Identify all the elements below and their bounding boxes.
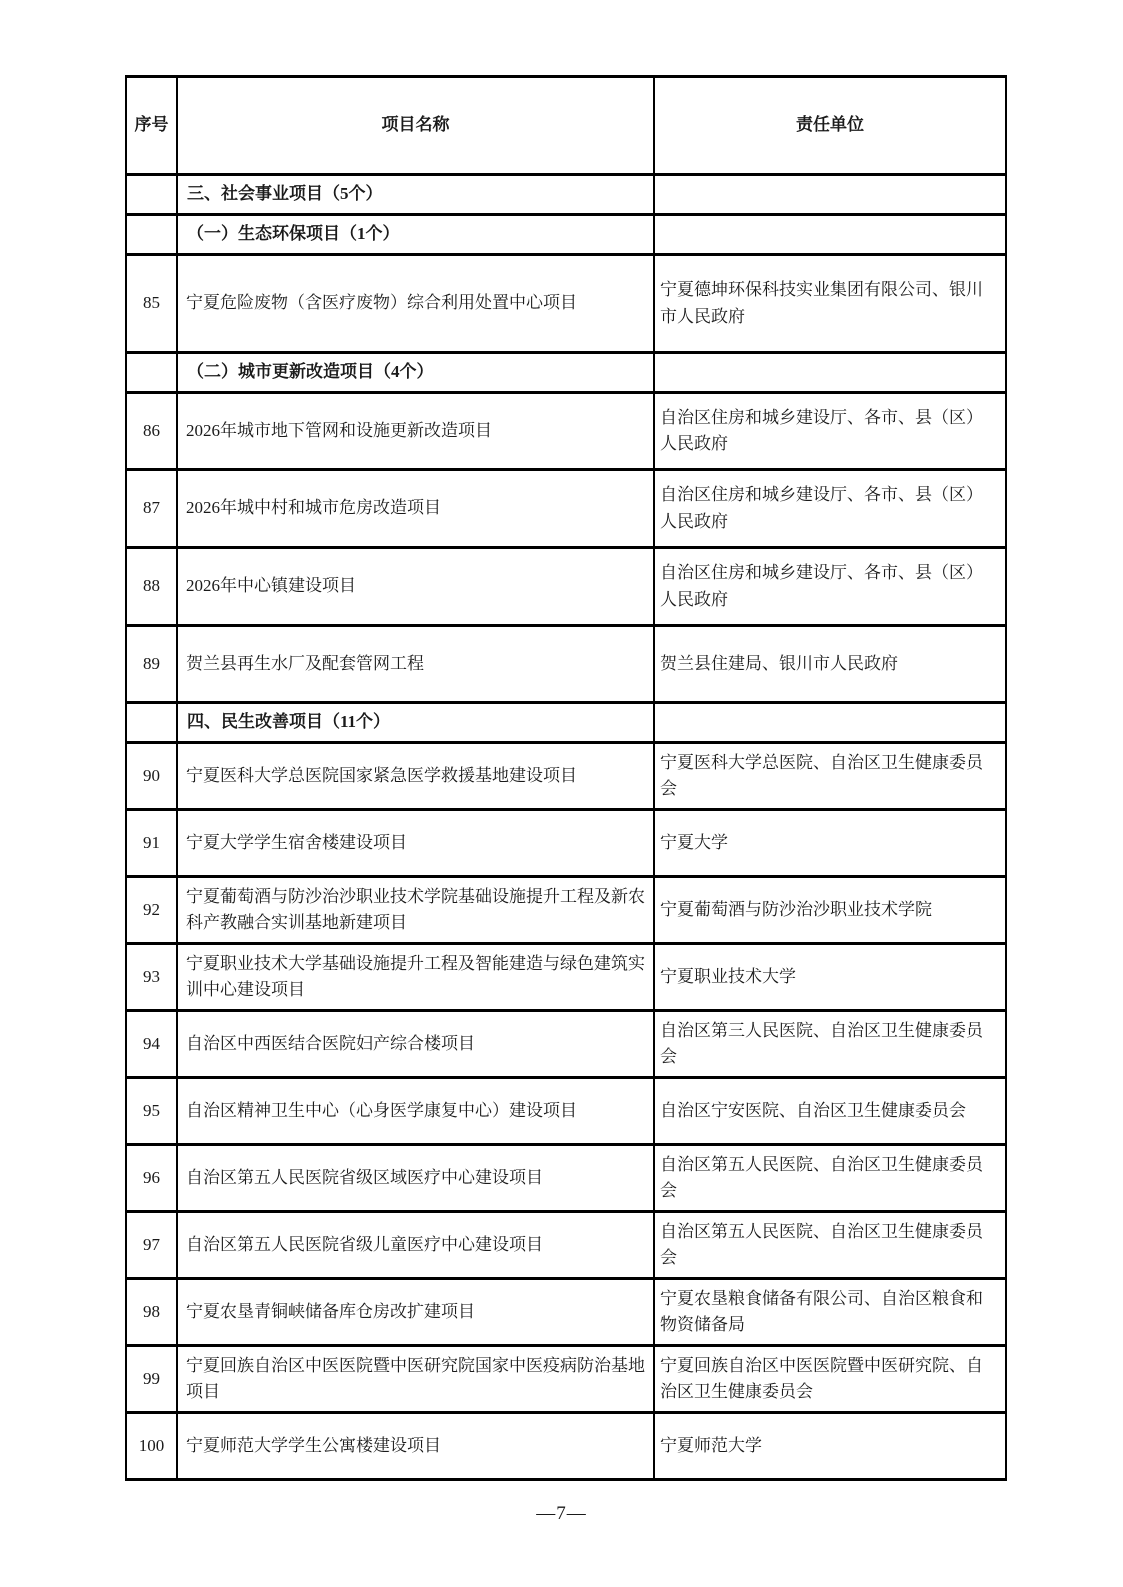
row-number: 89 bbox=[126, 626, 177, 703]
project-name: 宁夏葡萄酒与防沙治沙职业技术学院基础设施提升工程及新农科产教融合实训基地新建项目 bbox=[177, 877, 654, 944]
project-name: 宁夏农垦青铜峡储备库仓房改扩建项目 bbox=[177, 1279, 654, 1346]
row-number: 93 bbox=[126, 944, 177, 1011]
table-row: 100宁夏师范大学学生公寓楼建设项目宁夏师范大学 bbox=[126, 1413, 1006, 1480]
section-title: （一）生态环保项目（1个） bbox=[177, 215, 654, 255]
row-number bbox=[126, 703, 177, 743]
project-name: 自治区第五人民医院省级儿童医疗中心建设项目 bbox=[177, 1212, 654, 1279]
row-number: 100 bbox=[126, 1413, 177, 1480]
table-row: 96自治区第五人民医院省级区域医疗中心建设项目自治区第五人民医院、自治区卫生健康… bbox=[126, 1145, 1006, 1212]
project-name: 2026年城市地下管网和设施更新改造项目 bbox=[177, 393, 654, 470]
section-row: 四、民生改善项目（11个） bbox=[126, 703, 1006, 743]
page-number: —7— bbox=[0, 1503, 1123, 1525]
table-row: 89贺兰县再生水厂及配套管网工程贺兰县住建局、银川市人民政府 bbox=[126, 626, 1006, 703]
section-title: （二）城市更新改造项目（4个） bbox=[177, 353, 654, 393]
responsible-unit: 宁夏回族自治区中医医院暨中医研究院、自治区卫生健康委员会 bbox=[654, 1346, 1006, 1413]
responsible-unit: 宁夏师范大学 bbox=[654, 1413, 1006, 1480]
section-title: 三、社会事业项目（5个） bbox=[177, 175, 654, 215]
column-header-project-name: 项目名称 bbox=[177, 77, 654, 175]
row-number bbox=[126, 175, 177, 215]
project-name: 2026年城中村和城市危房改造项目 bbox=[177, 470, 654, 548]
table-row: 91宁夏大学学生宿舍楼建设项目宁夏大学 bbox=[126, 810, 1006, 877]
row-number: 86 bbox=[126, 393, 177, 470]
section-row: （二）城市更新改造项目（4个） bbox=[126, 353, 1006, 393]
responsible-unit: 自治区住房和城乡建设厅、各市、县（区）人民政府 bbox=[654, 470, 1006, 548]
row-number: 97 bbox=[126, 1212, 177, 1279]
table-row: 95自治区精神卫生中心（心身医学康复中心）建设项目自治区宁安医院、自治区卫生健康… bbox=[126, 1078, 1006, 1145]
responsible-unit bbox=[654, 353, 1006, 393]
project-name: 宁夏职业技术大学基础设施提升工程及智能建造与绿色建筑实训中心建设项目 bbox=[177, 944, 654, 1011]
responsible-unit bbox=[654, 703, 1006, 743]
project-name: 自治区精神卫生中心（心身医学康复中心）建设项目 bbox=[177, 1078, 654, 1145]
table-row: 85宁夏危险废物（含医疗废物）综合利用处置中心项目宁夏德坤环保科技实业集团有限公… bbox=[126, 255, 1006, 353]
responsible-unit: 宁夏医科大学总医院、自治区卫生健康委员会 bbox=[654, 743, 1006, 810]
row-number: 87 bbox=[126, 470, 177, 548]
table-row: 862026年城市地下管网和设施更新改造项目自治区住房和城乡建设厅、各市、县（区… bbox=[126, 393, 1006, 470]
project-name: 自治区中西医结合医院妇产综合楼项目 bbox=[177, 1011, 654, 1078]
column-header-responsible-unit: 责任单位 bbox=[654, 77, 1006, 175]
project-name: 宁夏师范大学学生公寓楼建设项目 bbox=[177, 1413, 654, 1480]
responsible-unit: 自治区第三人民医院、自治区卫生健康委员会 bbox=[654, 1011, 1006, 1078]
table-row: 92宁夏葡萄酒与防沙治沙职业技术学院基础设施提升工程及新农科产教融合实训基地新建… bbox=[126, 877, 1006, 944]
row-number: 92 bbox=[126, 877, 177, 944]
row-number bbox=[126, 353, 177, 393]
table-row: 99宁夏回族自治区中医医院暨中医研究院国家中医疫病防治基地项目宁夏回族自治区中医… bbox=[126, 1346, 1006, 1413]
table-header-row: 序号 项目名称 责任单位 bbox=[126, 77, 1006, 175]
table-body: 三、社会事业项目（5个）（一）生态环保项目（1个）85宁夏危险废物（含医疗废物）… bbox=[126, 175, 1006, 1480]
responsible-unit: 宁夏农垦粮食储备有限公司、自治区粮食和物资储备局 bbox=[654, 1279, 1006, 1346]
table-row: 94自治区中西医结合医院妇产综合楼项目自治区第三人民医院、自治区卫生健康委员会 bbox=[126, 1011, 1006, 1078]
responsible-unit: 自治区宁安医院、自治区卫生健康委员会 bbox=[654, 1078, 1006, 1145]
table-row: 872026年城中村和城市危房改造项目自治区住房和城乡建设厅、各市、县（区）人民… bbox=[126, 470, 1006, 548]
project-name: 宁夏危险废物（含医疗废物）综合利用处置中心项目 bbox=[177, 255, 654, 353]
section-row: 三、社会事业项目（5个） bbox=[126, 175, 1006, 215]
row-number bbox=[126, 215, 177, 255]
responsible-unit: 宁夏职业技术大学 bbox=[654, 944, 1006, 1011]
responsible-unit: 宁夏德坤环保科技实业集团有限公司、银川市人民政府 bbox=[654, 255, 1006, 353]
table-row: 93宁夏职业技术大学基础设施提升工程及智能建造与绿色建筑实训中心建设项目宁夏职业… bbox=[126, 944, 1006, 1011]
responsible-unit: 自治区住房和城乡建设厅、各市、县（区）人民政府 bbox=[654, 548, 1006, 626]
table-row: 882026年中心镇建设项目自治区住房和城乡建设厅、各市、县（区）人民政府 bbox=[126, 548, 1006, 626]
section-row: （一）生态环保项目（1个） bbox=[126, 215, 1006, 255]
responsible-unit: 宁夏大学 bbox=[654, 810, 1006, 877]
row-number: 96 bbox=[126, 1145, 177, 1212]
project-name: 宁夏回族自治区中医医院暨中医研究院国家中医疫病防治基地项目 bbox=[177, 1346, 654, 1413]
table-row: 97自治区第五人民医院省级儿童医疗中心建设项目自治区第五人民医院、自治区卫生健康… bbox=[126, 1212, 1006, 1279]
project-name: 2026年中心镇建设项目 bbox=[177, 548, 654, 626]
row-number: 88 bbox=[126, 548, 177, 626]
responsible-unit: 宁夏葡萄酒与防沙治沙职业技术学院 bbox=[654, 877, 1006, 944]
column-header-number: 序号 bbox=[126, 77, 177, 175]
project-name: 贺兰县再生水厂及配套管网工程 bbox=[177, 626, 654, 703]
responsible-unit: 贺兰县住建局、银川市人民政府 bbox=[654, 626, 1006, 703]
project-name: 宁夏医科大学总医院国家紧急医学救援基地建设项目 bbox=[177, 743, 654, 810]
document-page: 序号 项目名称 责任单位 三、社会事业项目（5个）（一）生态环保项目（1个）85… bbox=[0, 0, 1123, 1587]
row-number: 98 bbox=[126, 1279, 177, 1346]
row-number: 91 bbox=[126, 810, 177, 877]
row-number: 94 bbox=[126, 1011, 177, 1078]
responsible-unit: 自治区第五人民医院、自治区卫生健康委员会 bbox=[654, 1212, 1006, 1279]
section-title: 四、民生改善项目（11个） bbox=[177, 703, 654, 743]
table-row: 90宁夏医科大学总医院国家紧急医学救援基地建设项目宁夏医科大学总医院、自治区卫生… bbox=[126, 743, 1006, 810]
responsible-unit bbox=[654, 175, 1006, 215]
responsible-unit: 自治区第五人民医院、自治区卫生健康委员会 bbox=[654, 1145, 1006, 1212]
project-name: 自治区第五人民医院省级区域医疗中心建设项目 bbox=[177, 1145, 654, 1212]
row-number: 85 bbox=[126, 255, 177, 353]
row-number: 90 bbox=[126, 743, 177, 810]
project-name: 宁夏大学学生宿舍楼建设项目 bbox=[177, 810, 654, 877]
responsible-unit: 自治区住房和城乡建设厅、各市、县（区）人民政府 bbox=[654, 393, 1006, 470]
row-number: 95 bbox=[126, 1078, 177, 1145]
table-row: 98宁夏农垦青铜峡储备库仓房改扩建项目宁夏农垦粮食储备有限公司、自治区粮食和物资… bbox=[126, 1279, 1006, 1346]
row-number: 99 bbox=[126, 1346, 177, 1413]
project-table: 序号 项目名称 责任单位 三、社会事业项目（5个）（一）生态环保项目（1个）85… bbox=[125, 75, 1007, 1481]
responsible-unit bbox=[654, 215, 1006, 255]
